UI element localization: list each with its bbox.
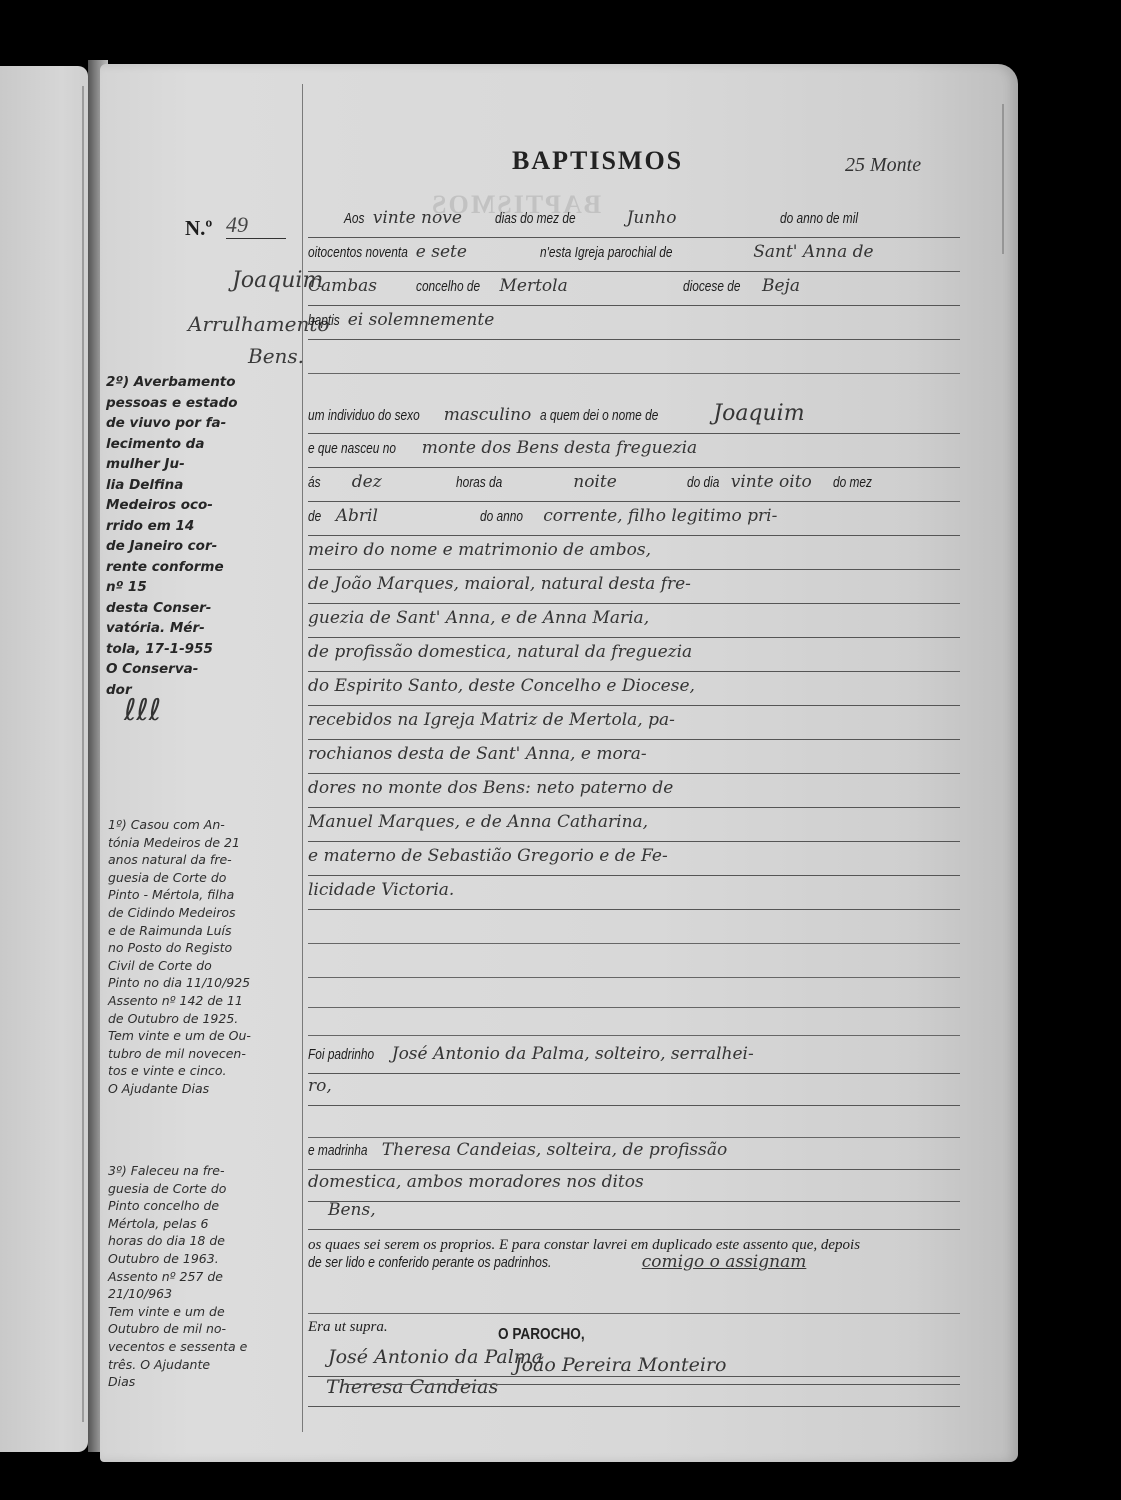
- page-fold: [82, 86, 84, 1422]
- handwritten-text: Theresa Candeias, solteira, de profissão: [382, 1136, 727, 1164]
- record-line: licidade Victoria.: [308, 876, 960, 910]
- printed-text: n'esta Igreja parochial de: [540, 239, 712, 267]
- handwritten-text: masculino: [444, 401, 536, 429]
- handwritten-text: domestica, ambos moradores nos ditos: [308, 1168, 644, 1196]
- handwritten-text: rochianos desta de Sant' Anna, e mora-: [308, 740, 647, 768]
- godmother-line: e madrinha Theresa Candeias, solteira, d…: [308, 1136, 960, 1170]
- record-line: Cambas concelho de Mertola diocese de Be…: [308, 272, 960, 306]
- record-line: recebidos na Igreja Matriz de Mertola, p…: [308, 706, 960, 740]
- handwritten-text: ro,: [308, 1072, 332, 1100]
- printed-text: do mez: [833, 469, 872, 497]
- printed-text: a quem dei o nome de: [540, 402, 663, 430]
- parocho-signature: João Pereira Monteiro: [514, 1354, 727, 1376]
- handwritten-text: comigo o assignam: [642, 1248, 807, 1276]
- record-line: dores no monte dos Bens: neto paterno de: [308, 774, 960, 808]
- record-number: 49: [226, 212, 286, 239]
- parocho-label: O PAROCHO,: [498, 1326, 585, 1344]
- record-line: um individuo do sexo masculino a quem de…: [308, 400, 960, 434]
- handwritten-text: Bens,: [328, 1196, 376, 1224]
- handwritten-text: licidade Victoria.: [308, 876, 454, 904]
- printed-text: Foi padrinho: [308, 1041, 374, 1069]
- printed-text: horas da: [456, 469, 525, 497]
- record-number-label: N.º: [185, 216, 212, 241]
- handwritten-text: Manuel Marques, e de Anna Catharina,: [308, 808, 648, 836]
- ruled-line: [308, 1104, 960, 1138]
- era-text: Era ut supra.: [308, 1316, 960, 1338]
- printed-text: e madrinha: [308, 1137, 365, 1165]
- printed-text: do anno: [480, 503, 529, 531]
- margin-annotation-2: 2º) Averbamento pessoas e estado de viuv…: [106, 372, 296, 700]
- handwritten-text: noite: [573, 468, 683, 496]
- handwritten-text: guezia de Sant' Anna, e de Anna Maria,: [308, 604, 649, 632]
- printed-text: baptis: [308, 307, 338, 335]
- ruled-line: [308, 340, 960, 374]
- record-line: de Abril do anno corrente, filho legitim…: [308, 502, 960, 536]
- record-line: Aos vinte nove dias do mez de Junho do a…: [308, 204, 960, 238]
- godfather-line: ro,: [308, 1072, 960, 1106]
- handwritten-text: Junho: [627, 204, 777, 232]
- handwritten-text: ei solemnemente: [348, 306, 495, 334]
- handwritten-text: meiro do nome e matrimonio de ambos,: [308, 536, 651, 564]
- printed-text: diocese de: [683, 273, 745, 301]
- handwritten-text: José Antonio da Palma, solteiro, serralh…: [392, 1040, 754, 1068]
- record-line: baptis ei solemnemente: [308, 306, 960, 340]
- record-line: guezia de Sant' Anna, e de Anna Maria,: [308, 604, 960, 638]
- record-line: de João Marques, maioral, natural desta …: [308, 570, 960, 604]
- page-note: 25 Monte: [845, 154, 921, 177]
- handwritten-text: e materno de Sebastião Gregorio e de Fe-: [308, 842, 668, 870]
- handwritten-text: Mertola: [500, 272, 680, 300]
- godfather-line: Foi padrinho José Antonio da Palma, solt…: [308, 1040, 960, 1074]
- margin-surname-2: Bens.: [248, 344, 304, 368]
- printed-text: ás: [308, 469, 341, 497]
- printed-text: do anno de mil: [780, 205, 858, 233]
- record-line: ás dez horas da noite do dia vinte oito …: [308, 468, 960, 502]
- record-line: de profissão domestica, natural da fregu…: [308, 638, 960, 672]
- printed-text: de ser lido e conferido perante os padri…: [308, 1249, 579, 1277]
- printed-text: oitocentos noventa: [308, 239, 393, 267]
- printed-text: e que nasceu no: [308, 435, 398, 463]
- handwritten-text: Abril: [336, 502, 476, 530]
- handwritten-text: monte dos Bens desta freguezia: [422, 434, 697, 462]
- margin-annotation-1: 1º) Casou com An- tónia Medeiros de 21 a…: [108, 816, 298, 1098]
- handwritten-text: corrente, filho legitimo pri-: [543, 502, 777, 530]
- ruled-line: [308, 1002, 960, 1036]
- ruled-line: [308, 944, 960, 978]
- parocho-signature-line: João Pereira Monteiro: [344, 1354, 960, 1385]
- register-page: BAPTISMOS BAPTISMOS 25 Monte N.º 49 Joaq…: [100, 64, 1018, 1462]
- handwritten-text: Joaquim: [713, 400, 804, 428]
- handwritten-text: recebidos na Igreja Matriz de Mertola, p…: [308, 706, 675, 734]
- handwritten-text: Sant' Anna de: [753, 238, 873, 266]
- margin-annotation-3: 3º) Faleceu na fre- guesia de Corte do P…: [108, 1162, 298, 1391]
- handwritten-text: de João Marques, maioral, natural desta …: [308, 570, 691, 598]
- handwritten-text: e sete: [416, 238, 536, 266]
- handwritten-text: de profissão domestica, natural da fregu…: [308, 638, 692, 666]
- printed-text: Aos: [344, 205, 365, 233]
- margin-signature: ℓℓℓ: [124, 696, 244, 726]
- handwritten-text: vinte oito: [731, 468, 829, 496]
- printed-text: concelho de: [416, 273, 482, 301]
- record-line: do Espirito Santo, deste Concelho e Dioc…: [308, 672, 960, 706]
- record-line: meiro do nome e matrimonio de ambos,: [308, 536, 960, 570]
- printed-text: do dia: [687, 469, 720, 497]
- printed-text: de: [308, 503, 328, 531]
- record-line: e materno de Sebastião Gregorio e de Fe-: [308, 842, 960, 876]
- handwritten-text: vinte nove: [373, 204, 491, 232]
- handwritten-text: dores no monte dos Bens: neto paterno de: [308, 774, 673, 802]
- godmother-line: Bens,: [308, 1196, 960, 1230]
- handwritten-text: dez: [352, 468, 452, 496]
- page-title: BAPTISMOS: [512, 146, 683, 176]
- previous-page-edge: [0, 66, 88, 1452]
- ruled-line: [308, 910, 960, 944]
- handwritten-text: Beja: [762, 272, 800, 300]
- printed-text: um individuo do sexo: [308, 402, 416, 430]
- ruled-line: [308, 1280, 960, 1314]
- closing-line-2: de ser lido e conferido perante os padri…: [308, 1248, 960, 1281]
- printed-text: dias do mez de: [495, 205, 576, 233]
- record-line: Manuel Marques, e de Anna Catharina,: [308, 808, 960, 842]
- record-line: oitocentos noventa e sete n'esta Igreja …: [308, 238, 960, 272]
- record-line: rochianos desta de Sant' Anna, e mora-: [308, 740, 960, 774]
- record-line: e que nasceu no monte dos Bens desta fre…: [308, 434, 960, 468]
- handwritten-text: Cambas: [308, 272, 412, 300]
- handwritten-text: do Espirito Santo, deste Concelho e Dioc…: [308, 672, 695, 700]
